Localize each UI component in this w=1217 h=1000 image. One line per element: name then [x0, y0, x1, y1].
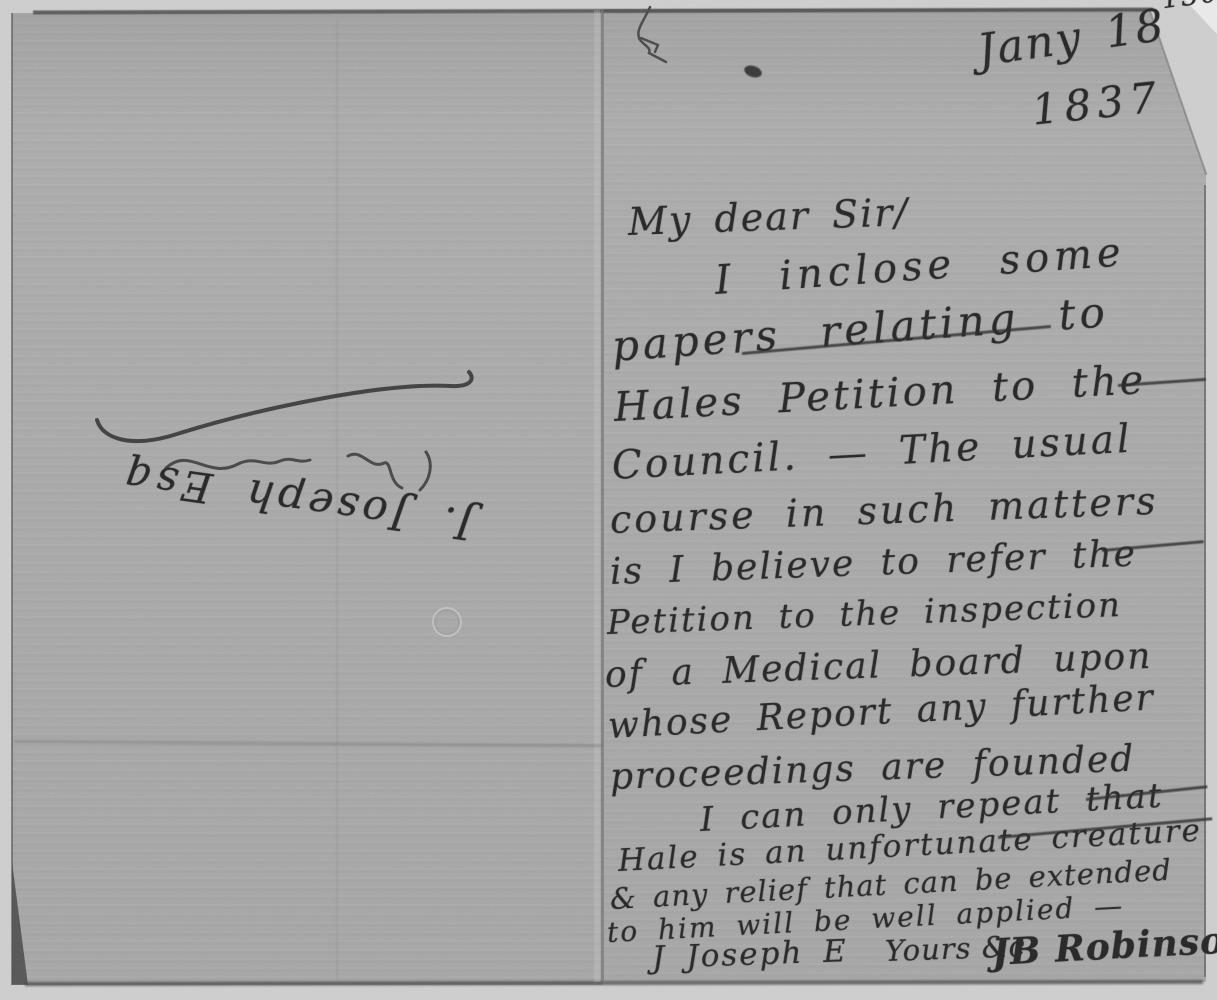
scanned-letter-page: { "dateline": { "date": "Jany 18", "dock… [0, 0, 1217, 1000]
embossed-seal-impression [432, 607, 462, 637]
tear-mark-icon [608, 5, 688, 77]
docket-number: 130 [1160, 0, 1217, 16]
footer-addressee: J Joseph E [651, 933, 848, 976]
left-edge-shadow [11, 13, 13, 985]
fold-seam-highlight [594, 10, 600, 982]
right-edge-shadow [1204, 185, 1206, 977]
fold-seam-line [601, 10, 604, 982]
bottom-edge-shadow [25, 980, 1203, 986]
